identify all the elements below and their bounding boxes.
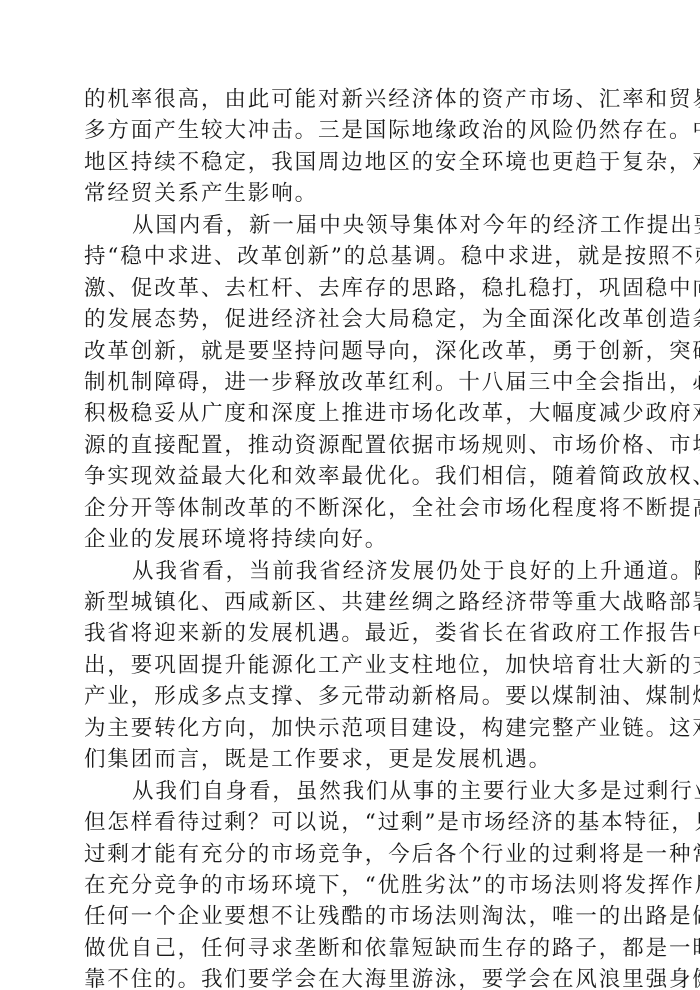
document-body: 的机率很高，由此可能对新兴经济体的资产市场、汇率和贸易等 多方面产生较大冲击。三…: [84, 84, 614, 990]
text-line: 从我们自身看，虽然我们从事的主要行业大多是过剩行业，: [84, 776, 614, 807]
text-line: 新型城镇化、西咸新区、共建丝绸之路经济带等重大战略部署，: [84, 587, 614, 618]
text-line: 为主要转化方向，加快示范项目建设，构建完整产业链。这对我: [84, 713, 614, 744]
text-line: 从国内看，新一届中央领导集体对今年的经济工作提出要坚: [84, 210, 614, 241]
text-line: 源的直接配置，推动资源配置依据市场规则、市场价格、市场竞: [84, 430, 614, 461]
page-number: 4: [0, 904, 700, 915]
text-line: 制机制障碍，进一步释放改革红利。十八届三中全会指出，必须: [84, 367, 614, 398]
text-line: 产业，形成多点支撑、多元带动新格局。要以煤制油、煤制烯烃: [84, 681, 614, 712]
text-line: 做优自己，任何寻求垄断和依靠短缺而生存的路子，都是一时的、: [84, 933, 614, 964]
document-page: 的机率很高，由此可能对新兴经济体的资产市场、汇率和贸易等 多方面产生较大冲击。三…: [0, 0, 700, 990]
text-line: 企分开等体制改革的不断深化，全社会市场化程度将不断提高，: [84, 493, 614, 524]
paragraph-1: 的机率很高，由此可能对新兴经济体的资产市场、汇率和贸易等 多方面产生较大冲击。三…: [84, 84, 614, 210]
text-line: 激、促改革、去杠杆、去库存的思路，稳扎稳打，巩固稳中向好: [84, 273, 614, 304]
text-line: 持“稳中求进、改革创新”的总基调。稳中求进，就是按照不刺: [84, 241, 614, 272]
text-line: 争实现效益最大化和效率最优化。我们相信，随着简政放权、政: [84, 461, 614, 492]
text-line: 的机率很高，由此可能对新兴经济体的资产市场、汇率和贸易等: [84, 84, 614, 115]
text-line: 从我省看，当前我省经济发展仍处于良好的上升通道。随着: [84, 556, 614, 587]
text-line: 靠不住的。我们要学会在大海里游泳，要学会在风浪里强身健体，: [84, 964, 614, 990]
text-line: 积极稳妥从广度和深度上推进市场化改革，大幅度减少政府对资: [84, 398, 614, 429]
paragraph-4: 从我们自身看，虽然我们从事的主要行业大多是过剩行业， 但怎样看待过剩？可以说，“…: [84, 776, 614, 990]
text-line: 常经贸关系产生影响。: [84, 178, 614, 209]
text-line: 改革创新，就是要坚持问题导向，深化改革，勇于创新，突破体: [84, 336, 614, 367]
text-line: 企业的发展环境将持续向好。: [84, 524, 614, 555]
text-line: 出，要巩固提升能源化工产业支柱地位，加快培育壮大新的支柱: [84, 650, 614, 681]
text-line: 地区持续不稳定，我国周边地区的安全环境也更趋于复杂，对正: [84, 147, 614, 178]
paragraph-2: 从国内看，新一届中央领导集体对今年的经济工作提出要坚 持“稳中求进、改革创新”的…: [84, 210, 614, 556]
paragraph-3: 从我省看，当前我省经济发展仍处于良好的上升通道。随着 新型城镇化、西咸新区、共建…: [84, 556, 614, 776]
text-line: 们集团而言，既是工作要求，更是发展机遇。: [84, 744, 614, 775]
text-line: 我省将迎来新的发展机遇。最近，娄省长在省政府工作报告中指: [84, 618, 614, 649]
text-line: 但怎样看待过剩？可以说，“过剩”是市场经济的基本特征，只有: [84, 807, 614, 838]
text-line: 过剩才能有充分的市场竞争，今后各个行业的过剩将是一种常态。: [84, 839, 614, 870]
text-line: 的发展态势，促进经济社会大局稳定，为全面深化改革创造条件。: [84, 304, 614, 335]
text-line: 多方面产生较大冲击。三是国际地缘政治的风险仍然存在。中东: [84, 115, 614, 146]
text-line: 在充分竞争的市场环境下，“优胜劣汰”的市场法则将发挥作用。: [84, 870, 614, 901]
